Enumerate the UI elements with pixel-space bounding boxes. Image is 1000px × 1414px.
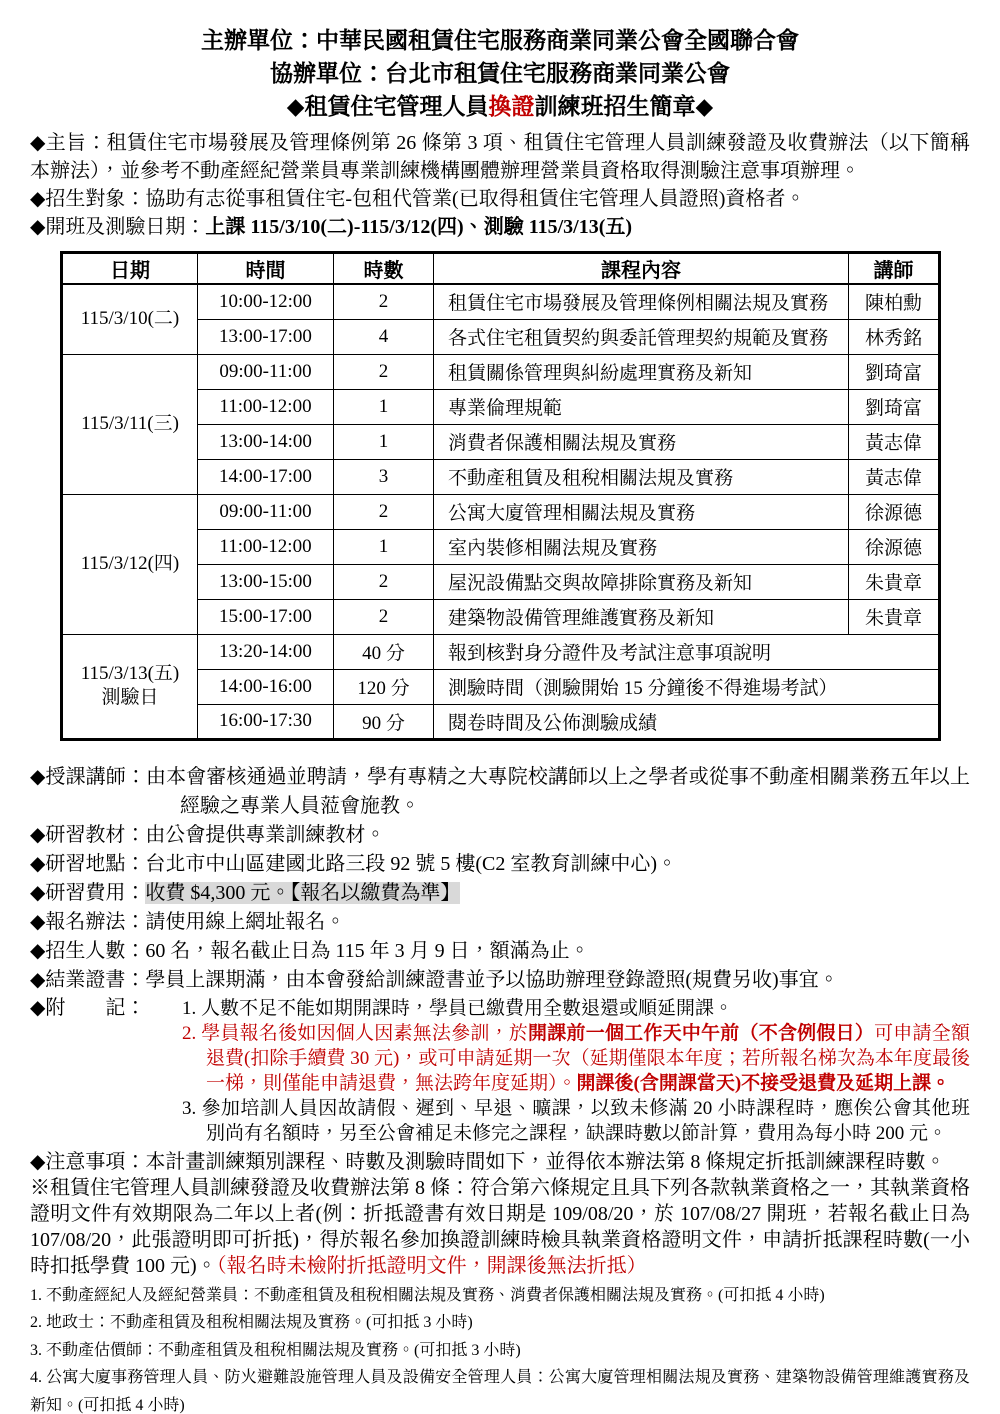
document-header: 主辦單位：中華民國租賃住宅服務商業同業公會全國聯合會 協辦單位：台北市租賃住宅服… [30, 24, 970, 123]
certificate-label: ◆結業證書： [30, 969, 145, 991]
credit-list: 1. 不動產經紀人及經紀營業員：不動產租賃及租稅相關法規及實務、消費者保護相關法… [30, 1282, 970, 1414]
content-cell: 消費者保護相關法規及實務 [434, 424, 849, 459]
certificate-text: 學員上課期滿，由本會發給訓練證書並予以協助辦理登錄證照(規費另收)事宜。 [145, 969, 838, 991]
hours-cell: 1 [334, 529, 434, 564]
table-row: 115/3/13(五) 測驗日 13:20-14:00 40 分 報到核對身分證… [62, 634, 940, 669]
subject-text: 租賃住宅市場發展及管理條例第 26 條第 3 項、租賃住宅管理人員訓練發證及收費… [30, 132, 970, 182]
credit-item-1: 1. 不動產經紀人及經紀營業員：不動產租賃及租稅相關法規及實務、消費者保護相關法… [30, 1282, 970, 1310]
table-row: 115/3/10(二) 10:00-12:00 2 租賃住宅市場發展及管理條例相… [62, 284, 940, 319]
note2-bold-1: 開課前一個工作天中午前（不含例假日） [528, 1023, 874, 1044]
exam-date: 115/3/13(五) [63, 662, 197, 686]
audience-label: ◆招生對象： [30, 188, 145, 210]
time-cell: 13:00-15:00 [198, 564, 334, 599]
registration-text: 請使用線上網址報名。 [145, 911, 345, 933]
title-prefix: ◆租賃住宅管理人員 [287, 94, 489, 119]
note-item-1: 1. 人數不足不能如期開課時，學員已繳費用全數退還或順延開課。 [182, 996, 970, 1021]
time-cell: 10:00-12:00 [198, 284, 334, 319]
title-suffix: 訓練班招生簡章◆ [535, 94, 714, 119]
intro-section: ◆主旨：租賃住宅市場發展及管理條例第 26 條第 3 項、租賃住宅管理人員訓練發… [30, 129, 970, 241]
registration-label: ◆報名辦法： [30, 911, 145, 933]
credit-item-2: 2. 地政士：不動產租賃及租稅相關法規及實務。(可扣抵 3 小時) [30, 1309, 970, 1337]
dates-paragraph: ◆開班及測驗日期：上課 115/3/10(二)-115/3/12(四)、測驗 1… [30, 213, 970, 241]
content-cell: 專業倫理規範 [434, 389, 849, 424]
dates-label: ◆開班及測驗日期： [30, 216, 205, 238]
teacher-cell: 朱貴章 [849, 564, 940, 599]
time-cell: 13:20-14:00 [198, 634, 334, 669]
hours-cell: 1 [334, 424, 434, 459]
page-container: 主辦單位：中華民國租賃住宅服務商業同業公會全國聯合會 協辦單位：台北市租賃住宅服… [0, 0, 1000, 1414]
teacher-cell: 黃志偉 [849, 459, 940, 494]
hours-cell: 2 [334, 599, 434, 634]
audience-text: 協助有志從事租賃住宅-包租代管業(已取得租賃住宅管理人員證照)資格者。 [145, 188, 805, 210]
hours-cell: 2 [334, 564, 434, 599]
note2-bold-2: 開課後(含開課當天)不接受退費及延期上課。 [577, 1073, 951, 1094]
time-cell: 13:00-14:00 [198, 424, 334, 459]
registration-paragraph: ◆報名辦法：請使用線上網址報名。 [30, 908, 970, 937]
material-label: ◆研習教材： [30, 824, 145, 846]
col-header-teacher: 講師 [849, 253, 940, 285]
title-highlight-red: 換證 [489, 94, 535, 119]
quota-paragraph: ◆招生人數：60 名，報名截止日為 115 年 3 月 9 日，額滿為止。 [30, 937, 970, 966]
lecturer-paragraph: ◆授課講師：由本會審核通過並聘請，學有專精之大專院校講師以上之學者或從事不動產相… [30, 763, 970, 821]
location-text: 台北市中山區建國北路三段 92 號 5 樓(C2 室教育訓練中心)。 [145, 853, 677, 875]
teacher-cell: 徐源德 [849, 494, 940, 529]
credit-item-3: 3. 不動產估價師：不動產租賃及租稅相關法規及實務。(可扣抵 3 小時) [30, 1337, 970, 1365]
table-header-row: 日期 時間 時數 課程內容 講師 [62, 253, 940, 285]
hours-cell: 90 分 [334, 704, 434, 739]
lecturer-label: ◆授課講師： [30, 766, 146, 788]
hours-cell: 40 分 [334, 634, 434, 669]
content-cell: 建築物設備管理維護實務及新知 [434, 599, 849, 634]
time-cell: 14:00-17:00 [198, 459, 334, 494]
subject-paragraph: ◆主旨：租賃住宅市場發展及管理條例第 26 條第 3 項、租賃住宅管理人員訓練發… [30, 129, 970, 185]
content-cell: 測驗時間（測驗開始 15 分鐘後不得進場考試） [434, 669, 940, 704]
rule-paragraph: ※租賃住宅管理人員訓練發證及收費辦法第 8 條：符合第六條規定且具下列各款執業資… [30, 1175, 970, 1279]
quota-label: ◆招生人數： [30, 940, 145, 962]
content-cell: 室內裝修相關法規及實務 [434, 529, 849, 564]
note-item-3: 3. 參加培訓人員因故請假、遲到、早退、曠課，以致未修滿 20 小時課程時，應俟… [182, 1096, 970, 1146]
notes-items: 1. 人數不足不能如期開課時，學員已繳費用全數退還或順延開課。 2. 學員報名後… [182, 996, 970, 1146]
table-row: 115/3/12(四) 09:00-11:00 2 公寓大廈管理相關法規及實務 … [62, 494, 940, 529]
rule-red-text: （報名時未檢附折抵證明文件，開課後無法折抵） [217, 1255, 647, 1277]
hours-cell: 120 分 [334, 669, 434, 704]
time-cell: 11:00-12:00 [198, 529, 334, 564]
hours-cell: 2 [334, 354, 434, 389]
time-cell: 13:00-17:00 [198, 319, 334, 354]
teacher-cell: 徐源德 [849, 529, 940, 564]
fee-highlighted-text: 收費 $4,300 元。【報名以繳費為準】 [145, 882, 460, 904]
time-cell: 16:00-17:30 [198, 704, 334, 739]
schedule-table-head: 日期 時間 時數 課程內容 講師 [62, 253, 940, 285]
lecturer-text: 由本會審核通過並聘請，學有專精之大專院校講師以上之學者或從事不動產相關業務五年以… [146, 766, 970, 817]
schedule-table: 日期 時間 時數 課程內容 講師 115/3/10(二) 10:00-12:00… [60, 251, 941, 741]
notice-label: ◆注意事項： [30, 1151, 145, 1173]
content-cell: 閱卷時間及公佈測驗成績 [434, 704, 940, 739]
document-title: ◆租賃住宅管理人員換證訓練班招生簡章◆ [30, 90, 970, 123]
schedule-table-body: 115/3/10(二) 10:00-12:00 2 租賃住宅市場發展及管理條例相… [62, 284, 940, 739]
content-cell: 各式住宅租賃契約與委託管理契約規範及實務 [434, 319, 849, 354]
date-cell: 115/3/13(五) 測驗日 [62, 634, 198, 739]
teacher-cell: 陳柏勳 [849, 284, 940, 319]
date-cell: 115/3/12(四) [62, 494, 198, 634]
teacher-cell: 朱貴章 [849, 599, 940, 634]
date-cell: 115/3/11(三) [62, 354, 198, 494]
content-cell: 租賃住宅市場發展及管理條例相關法規及實務 [434, 284, 849, 319]
note2-number: 2. [182, 1023, 201, 1044]
hours-cell: 4 [334, 319, 434, 354]
subject-label: ◆主旨： [30, 132, 107, 154]
time-cell: 14:00-16:00 [198, 669, 334, 704]
col-header-content: 課程內容 [434, 253, 849, 285]
notice-section: ◆注意事項：本計畫訓練類別課程、時數及測驗時間如下，並得依本辦法第 8 條規定折… [30, 1149, 970, 1279]
dates-value: 上課 115/3/10(二)-115/3/12(四)、測驗 115/3/13(五… [205, 216, 632, 238]
note2-text-1: 學員報名後如因個人因素無法參訓，於 [201, 1023, 528, 1044]
location-paragraph: ◆研習地點：台北市中山區建國北路三段 92 號 5 樓(C2 室教育訓練中心)。 [30, 850, 970, 879]
hours-cell: 2 [334, 494, 434, 529]
time-cell: 09:00-11:00 [198, 354, 334, 389]
notes-label: ◆附 記： [30, 996, 182, 1146]
content-cell: 不動產租賃及租稅相關法規及實務 [434, 459, 849, 494]
notice-text: 本計畫訓練類別課程、時數及測驗時間如下，並得依本辦法第 8 條規定折抵訓練課程時… [145, 1151, 945, 1173]
fee-paragraph: ◆研習費用：收費 $4,300 元。【報名以繳費為準】 [30, 879, 970, 908]
credit-item-4: 4. 公寓大廈事務管理人員、防火避難設施管理人員及設備安全管理人員：公寓大廈管理… [30, 1364, 970, 1414]
exam-date-label: 測驗日 [63, 686, 197, 710]
teacher-cell: 劉琦富 [849, 389, 940, 424]
content-cell: 屋況設備點交與故障排除實務及新知 [434, 564, 849, 599]
col-header-hours: 時數 [334, 253, 434, 285]
time-cell: 11:00-12:00 [198, 389, 334, 424]
hours-cell: 3 [334, 459, 434, 494]
time-cell: 09:00-11:00 [198, 494, 334, 529]
document-page: { "header": { "organizer": "主辦單位：中華民國租賃住… [0, 0, 1000, 1414]
co-organizer-line: 協辦單位：台北市租賃住宅服務商業同業公會 [30, 57, 970, 90]
table-row: 115/3/11(三) 09:00-11:00 2 租賃關係管理與糾紛處理實務及… [62, 354, 940, 389]
location-label: ◆研習地點： [30, 853, 145, 875]
material-paragraph: ◆研習教材：由公會提供專業訓練教材。 [30, 821, 970, 850]
content-cell: 報到核對身分證件及考試注意事項說明 [434, 634, 940, 669]
content-cell: 公寓大廈管理相關法規及實務 [434, 494, 849, 529]
teacher-cell: 黃志偉 [849, 424, 940, 459]
notes-section: ◆附 記： 1. 人數不足不能如期開課時，學員已繳費用全數退還或順延開課。 2.… [30, 996, 970, 1146]
teacher-cell: 劉琦富 [849, 354, 940, 389]
fee-label: ◆研習費用： [30, 882, 145, 904]
col-header-time: 時間 [198, 253, 334, 285]
col-header-date: 日期 [62, 253, 198, 285]
time-cell: 15:00-17:00 [198, 599, 334, 634]
notice-paragraph: ◆注意事項：本計畫訓練類別課程、時數及測驗時間如下，並得依本辦法第 8 條規定折… [30, 1149, 970, 1175]
details-section: ◆授課講師：由本會審核通過並聘請，學有專精之大專院校講師以上之學者或從事不動產相… [30, 763, 970, 995]
certificate-paragraph: ◆結業證書：學員上課期滿，由本會發給訓練證書並予以協助辦理登錄證照(規費另收)事… [30, 966, 970, 995]
hours-cell: 1 [334, 389, 434, 424]
organizer-line: 主辦單位：中華民國租賃住宅服務商業同業公會全國聯合會 [30, 24, 970, 57]
teacher-cell: 林秀銘 [849, 319, 940, 354]
hours-cell: 2 [334, 284, 434, 319]
date-cell: 115/3/10(二) [62, 284, 198, 354]
content-cell: 租賃關係管理與糾紛處理實務及新知 [434, 354, 849, 389]
audience-paragraph: ◆招生對象：協助有志從事租賃住宅-包租代管業(已取得租賃住宅管理人員證照)資格者… [30, 185, 970, 213]
quota-text: 60 名，報名截止日為 115 年 3 月 9 日，額滿為止。 [145, 940, 589, 962]
material-text: 由公會提供專業訓練教材。 [145, 824, 385, 846]
note-item-2: 2. 學員報名後如因個人因素無法參訓，於開課前一個工作天中午前（不含例假日）可申… [182, 1021, 970, 1096]
